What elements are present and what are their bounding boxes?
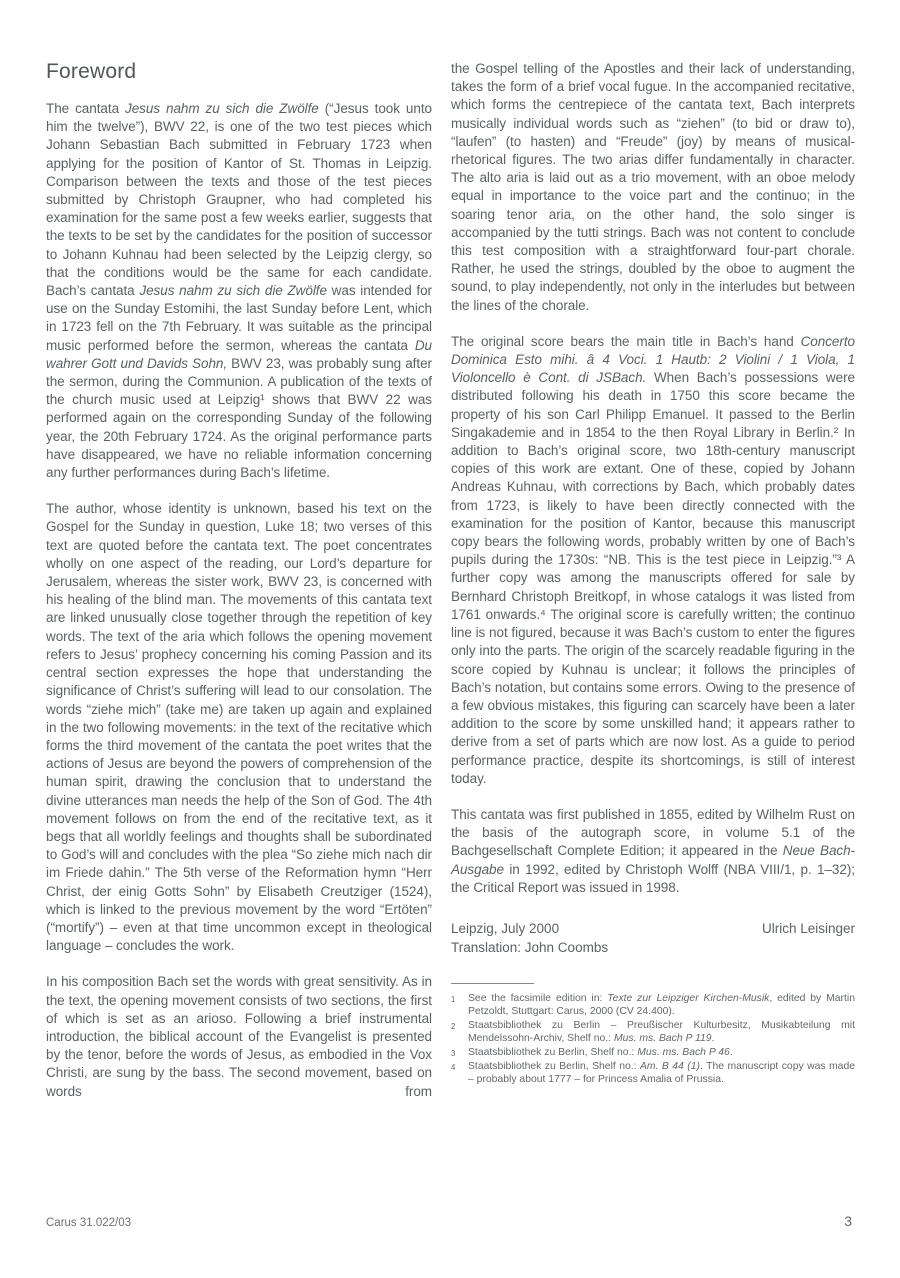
footnote-text: Staatsbibliothek zu Berlin, Shelf no.: M… [468,1046,855,1060]
footnote-number: 3 [451,1046,468,1060]
paragraph-text-author: The author, whose identity is unknown, b… [46,500,432,955]
signoff-translation: Translation: John Coombs [451,938,855,957]
signoff-row: Leipzig, July 2000 Ulrich Leisinger [451,919,855,938]
page-footer: Carus 31.022/03 3 [46,1213,852,1229]
paragraph-cantata-intro: The cantata Jesus nahm zu sich die Zwölf… [46,100,432,482]
signoff-author: Ulrich Leisinger [762,919,855,938]
paragraph-composition-continued: the Gospel telling of the Apostles and t… [451,60,855,315]
page-number: 3 [844,1213,852,1229]
footnote-number: 4 [451,1060,468,1087]
paragraph-original-score: The original score bears the main title … [451,333,855,788]
signoff-place-date: Leipzig, July 2000 [451,919,559,938]
footnotes-section: 1 See the facsimile edition in: Texte zu… [451,983,855,1087]
text-columns: Foreword The cantata Jesus nahm zu sich … [46,60,855,1119]
footnote-number: 1 [451,992,468,1019]
footnote-text: Staatsbibliothek zu Berlin – Preußischer… [468,1019,855,1046]
footnote-1: 1 See the facsimile edition in: Texte zu… [451,992,855,1019]
catalog-number: Carus 31.022/03 [46,1217,131,1229]
right-column: the Gospel telling of the Apostles and t… [451,60,855,1119]
signoff-block: Leipzig, July 2000 Ulrich Leisinger Tran… [451,919,855,957]
page-title: Foreword [46,60,432,84]
footnote-number: 2 [451,1019,468,1046]
footnote-2: 2 Staatsbibliothek zu Berlin – Preußisch… [451,1019,855,1046]
footnote-text: Staatsbibliothek zu Berlin, Shelf no.: A… [468,1060,855,1087]
footnote-3: 3 Staatsbibliothek zu Berlin, Shelf no.:… [451,1046,855,1060]
footnote-4: 4 Staatsbibliothek zu Berlin, Shelf no.:… [451,1060,855,1087]
left-column: Foreword The cantata Jesus nahm zu sich … [46,60,432,1119]
footnote-divider [451,983,534,984]
paragraph-publication-history: This cantata was first published in 1855… [451,806,855,897]
footnote-text: See the facsimile edition in: Texte zur … [468,992,855,1019]
document-page: Foreword The cantata Jesus nahm zu sich … [0,0,900,1278]
paragraph-composition: In his composition Bach set the words wi… [46,973,432,1100]
